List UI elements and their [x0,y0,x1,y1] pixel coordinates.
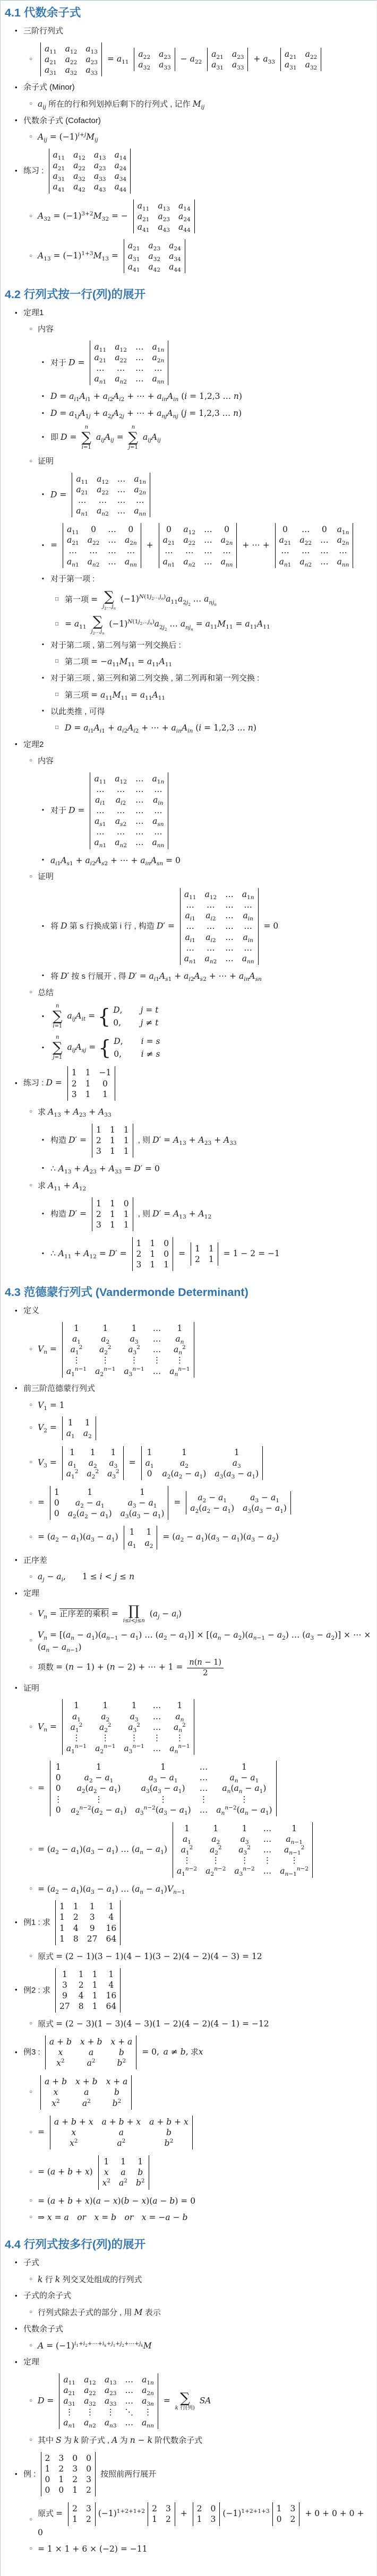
text-run: 行 [42,2275,55,2284]
text-run: 原式 [38,1952,56,1961]
list-item: •例3 : a + bx + bx + axabx2a2b2 = 0, a ≠ … [5,2035,371,2070]
fraction-denominator: 2 [203,1668,208,1678]
line-content: k 行 k 列交叉处组成的行列式 [38,2274,371,2286]
matrix-cell: … [204,535,212,545]
text-run: 定理 [23,1589,39,1598]
list-item: •代数余子式 [5,2323,371,2335]
text-run: 求 [38,1181,48,1190]
bullet-icon: ○ [29,2545,38,2553]
matrix-cell: a11 [67,524,79,535]
matrix-cell: 0 [58,2485,64,2495]
bullet-icon: ▪ [42,1136,50,1145]
bullet-icon: ○ [29,2342,38,2350]
text-run: 第三项 [65,691,91,700]
list-item: •例2 : 求 1111321494116278164 [5,1968,371,2014]
matrix-cell: 1 [110,1125,115,1135]
math-run: D = ai1Ai1 + ai2Ai2 + ⋯ + ainAin (i = 1,… [50,391,242,401]
matrix-cell: 0 [45,2485,50,2495]
matrix-cell: … [320,535,329,545]
math-run: Vn = [(an − a1)(an−1 − a1) … (a2 − a1)] … [38,1630,371,1652]
matrix-cell: an2 [183,556,195,567]
determinant: 111a1a2a30a2(a2 − a1)a3(a3 − a1) [141,1446,263,1480]
matrix-cell: ann [134,506,146,516]
matrix-cell: a12 [183,524,195,535]
determinant: a11a13a14a21a23a24a41a43a44 [133,199,195,233]
matrix-cell: 1 [110,1447,116,1458]
list-item: ○a + bx + bx + axabx2a2b2 [5,2075,371,2110]
matrix-cell: ⋮ [101,1733,110,1743]
text-run: 代数余子式 [23,2325,63,2334]
bullet-icon: ○ [29,1611,38,1618]
matrix-cell: 1 [92,2001,98,2012]
matrix-cell: 3 [72,1089,77,1100]
math-run: D′ = ai1As1 + ai2As2 + ⋯ + ainAsn [128,971,262,981]
matrix-cell: 2 [96,1209,101,1220]
matrix-cell: b2 [165,2138,174,2148]
bullet-icon: ○ [29,2214,38,2222]
matrix-cell: a2n [152,352,164,363]
matrix-cell: b [114,2087,119,2098]
matrix-cell: 8 [73,1934,79,1944]
matrix-cell: … [207,900,215,910]
matrix-cell: 0 [56,1783,61,1794]
matrix-cell: 3 [96,1220,101,1230]
matrix-cell: … [225,900,234,910]
matrix-cell: ⋮ [183,1855,191,1866]
matrix-cell: … [225,932,234,943]
matrix-cell: ⋮ [176,1733,184,1743]
matrix-cell: a2n [221,535,233,545]
matrix-cell: 1 [62,1969,67,1980]
math-run: k [74,2435,79,2445]
matrix-cell: 1 [108,1969,114,1980]
matrix-cell: 3 [136,1259,142,1270]
text-run: 总结 [38,988,54,997]
sigma-icon: ∑ [104,590,114,604]
matrix-cell: … [154,784,162,795]
text-run: 第一项 [65,595,91,604]
line-content: 原式 = (2 − 1)(3 − 1)(4 − 1)(3 − 2)(4 − 2)… [38,1951,371,1963]
matrix-cell: … [153,1743,161,1754]
sum-operator: n∑j=1 [53,1034,63,1061]
list-item: •余子式 (Minor) [5,82,371,93]
matrix-cell: … [320,545,329,556]
matrix-cell: 1 [132,1700,137,1711]
list-item: ▪∴ A13 + A23 + A33 = D′ = 0 [5,1163,371,1175]
matrix-cell: … [185,545,194,556]
cases-grid: D,j = t0,j ≠ t [113,1004,158,1029]
list-item: ○A13 = (−1)1+3M13 = a21a23a24a31a32a34a4… [5,239,371,274]
matrix-cell: … [135,805,144,816]
matrix-cell: a3n−1 [124,1743,144,1754]
determinant: 0…0a1na21a22…a2n…………an1an2…ann [275,523,354,568]
text-run: 阶代数余子式 [152,2436,202,2445]
math-run: S [56,2435,62,2445]
line-content: 子式的余子式 [23,2290,371,2302]
math-run: + a33 [251,54,277,64]
math-run: D′ = A13 + A23 + A33 [152,1135,236,1145]
matrix-cell: an2 [84,2417,96,2428]
text-run: 定义 [23,1306,39,1315]
matrix-cell: 0 [91,524,96,535]
matrix-cell: a21 [63,2385,75,2396]
matrix-cell: … [225,943,234,953]
matrix-cell: … [108,545,116,556]
matrix-cell: … [204,545,212,556]
bullet-icon: • [15,739,23,750]
matrix-cell: 3 [58,2453,64,2464]
matrix-cell: an1 [63,2417,75,2428]
math-run: (aj − ai) [147,1609,182,1618]
matrix-cell: 16 [106,1923,117,1934]
matrix-cell: 1 [130,1527,135,1537]
math-run: Vn = [38,1609,59,1618]
matrix-cell: a1n−2 [177,1866,197,1876]
matrix-cell: x + a [106,2076,128,2087]
matrix-cell: 2 [152,2503,157,2514]
math-run: Vn = [38,1722,59,1731]
matrix-cell: a12 [71,1722,83,1733]
list-item: ▪∴ A11 + A12 = D′ = 110210311 = 1121 = 1… [5,1237,371,1272]
matrix-cell: a14 [178,201,191,211]
matrix-cell: a3n−1 [124,1366,144,1377]
line-content: 第一项 = ∑j2…jn (−1)N(1j2…jn)a11a2j2 … anjn [65,590,371,610]
bullet-icon: • [15,2324,23,2334]
matrix-cell: a2 [101,1711,109,1722]
matrix-cell: a21 [67,535,79,545]
math-run: = [161,2396,173,2406]
text-run: 原式 [38,2509,56,2518]
matrix-cell: 27 [87,1934,98,1944]
matrix-cell: 64 [106,1934,117,1944]
math-run: V2 = [38,1423,59,1432]
bullet-icon: ○ [29,873,38,881]
line-content: = (a + b + x)(a − x)(b − x)(a − b) = 0 [38,2195,371,2207]
matrix-cell: 0 [54,1498,59,1508]
line-content: 对于第一项 : [50,573,371,585]
list-item: •定理 [5,2356,371,2368]
line-content: 对于第三项 , 第三列和第二列交换 , 第二列再和第一列交换 : [50,673,371,684]
matrix-cell: a32 [128,1344,140,1355]
bullet-icon: ○ [29,1424,38,1432]
matrix-cell: a21 [285,49,297,59]
text-run: 子式的余子式 [23,2291,71,2300]
text-run: 证明 [38,872,54,881]
matrix-cell: 0 [147,1468,152,1479]
matrix-cell: a31 [211,59,224,70]
line-content: Vn = 111…1a1a2a3…ana12a22a32…an2⋮⋮⋮⋮⋮a1n… [38,1321,371,1378]
list-item: •定理1 [5,307,371,319]
text-run: 前三阶范德蒙行列式 [23,1384,95,1393]
line-content: = a110…0a21a22…a2n…………an1an2…ann + 0a12…… [50,523,371,569]
matrix-cell: x [104,2167,109,2178]
bullet-icon: ○ [29,1637,38,1645]
matrix-cell: 1 [147,1447,152,1458]
text-run: 第二项 [65,657,91,666]
matrix-cell: 64 [106,2001,117,2012]
list-item: •子式的余子式 [5,2290,371,2302]
math-run: aijAsj = [65,1042,99,1052]
list-item: ○= (a + b + x)(a − x)(b − x)(a − b) = 0 [5,2195,371,2207]
matrix-cell: ai2 [116,795,126,805]
determinant: a11a12…a1n…………ai1ai2…ain…………as1as2…asn……… [90,772,168,849]
bullet-icon: ○ [29,2276,38,2284]
matrix-cell: … [96,363,105,373]
math-run: (−1)1+2+1+2 [98,2509,145,2518]
matrix-cell: 0 [282,524,288,535]
line-content: 第三项 = a11M11 = a11A11 [65,689,371,701]
matrix-cell: a32 [73,171,85,181]
matrix-cell: 2 [72,2503,78,2514]
matrix-cell: a22 [99,1344,112,1355]
list-item: ○= (a2 − a1)(a3 − a1) 11a1a2 = (a2 − a1)… [5,1525,371,1550]
list-item: •练习 : a11a12a13a14a21a22a23a24a31a32a33a… [5,148,371,194]
matrix-cell: 2 [72,1078,77,1089]
list-item: ○其中 S 为 k 阶子式 , A 为 n − k 阶代数余子式 [5,2434,371,2447]
matrix-cell: 4 [79,1990,84,2001]
math-run: − a22 [178,54,204,64]
matrix-cell: 1 [102,1323,108,1334]
matrix-cell: … [117,805,125,816]
matrix-cell: … [117,506,126,516]
matrix-cell: 1 [110,1198,115,1209]
math-run: = 0 [261,921,279,930]
line-content: A32 = (−1)3+2M32 = − a11a13a14a21a23a24a… [38,199,371,234]
matrix-cell: ain [243,932,253,943]
line-content: = a + b + xa + b + xa + b + xxabx2a2b2 [38,2115,371,2150]
section-heading: 4.2 行列式按一行(列)的展开 [5,288,371,302]
case-cell: i ≠ s [141,1048,160,1060]
matrix-cell: an2 [174,1344,186,1355]
bullet-icon: ▪ [42,410,50,418]
matrix-cell: a32 [148,251,160,262]
bullet-icon: □ [55,658,65,666]
list-item: ▪D = a1jA1j + a2jA2j + ⋯ + anjAnj (j = 1… [5,407,371,420]
text-run: 其中 [38,2436,56,2445]
math-run: = [109,1609,121,1618]
bullet-icon: □ [55,691,65,699]
matrix-cell: a3 [233,1458,241,1468]
matrix-cell: a1 [66,1428,75,1439]
matrix-cell: a11 [138,201,150,211]
text-run: 练习 : [23,1079,46,1088]
line-content: 练习 : D = 11−1210311 [23,1066,371,1101]
matrix-cell: 1 [147,1527,152,1537]
matrix-cell: a12 [181,1844,193,1855]
text-run: 对于第二项 , 第二列与第一列交换后 : [50,641,181,650]
determinant: 111211311 [92,1124,133,1158]
matrix-cell: an1 [94,373,106,384]
line-content: 对于 D = a11a12…a1n…………ai1ai2…ain…………as1as… [50,772,371,850]
line-content: Aij = (−1)i+jMij [38,131,371,143]
list-item: ▪将 D′ 按 s 行展开 , 得 D′ = ai1As1 + ai2As2 +… [5,970,371,982]
matrix-cell: a12 [71,1344,83,1355]
matrix-cell: 1 [72,2514,78,2525]
text-run: 求 [188,2048,199,2057]
list-item: •前三阶范德蒙行列式 [5,1383,371,1395]
text-run: 将 [50,972,61,981]
matrix-cell: … [136,495,144,506]
matrix-cell: … [127,545,135,556]
list-item: ○= (a2 − a1)(a3 − a1) … (an − a1)Vn−1 [5,1883,371,1895]
math-run: Vn = [38,1344,59,1354]
section-heading: 4.4 行列式按多行(列)的展开 [5,2238,371,2252]
text-run: 证明 [23,1684,39,1693]
matrix-cell: a21 [279,535,292,545]
fraction: n(n − 1)2 [187,1658,224,1677]
math-run: D = ai1Ai1 + ai2Ai2 + ⋯ + ainAin (i = 1,… [65,723,256,733]
text-run: 例1 : 求 [23,1918,53,1927]
cases-expression: {D,i = s0,i ≠ s [98,1035,160,1060]
matrix-cell: a2 [119,2178,127,2188]
matrix-cell: ⋮ [153,1355,161,1365]
bullet-icon: ○ [29,757,38,765]
matrix-cell: a1n [134,474,146,484]
matrix-cell: a1n [152,773,164,784]
matrix-cell: … [244,943,252,953]
line-content: 定理 [23,2356,371,2368]
math-run: k [38,2275,42,2284]
list-item: ○a11a12a13a21a22a23a31a32a33 = a11 a22a2… [5,42,371,77]
line-content: D = ai1Ai1 + ai2Ai2 + ⋯ + ainAin (i = 1,… [65,722,371,734]
determinant: a21a22a31a32 [280,48,321,71]
matrix-cell: 4 [73,1923,79,1934]
matrix-cell: … [200,1783,208,1794]
matrix-cell: a23 [105,2385,117,2396]
matrix-cell: 1 [90,1901,95,1912]
matrix-cell: … [302,524,310,535]
determinant: a11a12…a1n…………ai1ai2…ain…………ai1ai2…ain……… [180,888,259,965]
matrix-cell: a2n−2(a2 − a1) [71,1805,126,1815]
matrix-cell: 3 [290,2503,296,2514]
matrix-cell: a [119,2127,124,2138]
matrix-cell: 3 [72,2464,78,2474]
bullet-icon: ○ [29,253,38,260]
matrix-cell: 1 [96,1125,101,1135]
text-run: 内容 [38,756,54,765]
matrix-cell: a1n−1 [66,1366,87,1377]
matrix-cell: 1 [70,1447,75,1458]
bullet-icon: ○ [29,1499,38,1507]
matrix-cell: 1 [292,1823,297,1834]
matrix-cell: 2 [166,2514,171,2525]
matrix-cell: a41 [128,262,140,272]
matrix-cell: 1 [102,1700,108,1711]
matrix-cell: … [69,545,78,556]
matrix-cell: a22 [305,49,318,59]
matrix-cell: a2(a2 − a1) [77,1783,121,1794]
matrix-cell: ai2 [205,932,216,943]
math-run: A13 + A23 + A33 [48,1107,112,1117]
matrix-cell: … [263,1844,272,1855]
matrix-cell: a24 [169,240,181,251]
matrix-cell: x [71,2127,76,2138]
matrix-cell: 1 [177,1323,182,1334]
matrix-cell: a1n [337,524,349,535]
matrix-cell: … [222,545,231,556]
matrix-cell: 2 [86,2514,91,2525]
matrix-cell: a2 [101,1334,109,1344]
matrix-cell: a3 − a1 [128,1498,157,1508]
determinant: a22a23a32a33 [134,48,175,71]
list-item: ▪对于第三项 , 第三列和第二列交换 , 第二列再和第一列交换 : [5,673,371,684]
list-item: ▪D = a11a12…a1na21a22…a2n…………an1an2…ann [5,472,371,518]
list-item: ○Aij = (−1)i+jMij [5,131,371,143]
math-run: = [38,1783,47,1792]
text-run: , 则 [136,1209,153,1219]
math-run: D = [50,490,69,499]
line-content: 构造 D′ = 111211311 , 则 D′ = A13 + A23 + A… [50,1123,371,1158]
matrix-cell: 0 [86,2453,91,2464]
line-content: 正序差 [23,1555,371,1567]
line-content: = (a2 − a1)(a3 − a1) 11a1a2 = (a2 − a1)(… [38,1525,371,1550]
bullet-icon: ▪ [42,359,50,367]
matrix-cell: a + b + x [149,2117,188,2127]
determinant: 1111123414916182764 [55,1900,121,1945]
matrix-cell: a23 [159,49,171,59]
bullet-icon: ○ [29,1724,38,1731]
matrix-cell: … [135,363,144,373]
matrix-cell: 1 [85,1078,91,1089]
matrix-cell: an2 [97,506,109,516]
matrix-cell: a21 [128,240,140,251]
math-run: = (a2 − a1)(a3 − a1)(a3 − a2) [160,1532,278,1542]
operator-lower-limit: i=1 [53,1023,62,1030]
line-content: 三阶行列式 [23,25,371,37]
bullet-icon: ○ [29,2309,38,2317]
matrix-cell: 2 [58,2464,64,2474]
line-content: = (a2 − a1)(a3 − a1) … (an − a1) 111…1a1… [38,1822,371,1878]
line-content: V1 = 1 [38,1399,371,1412]
matrix-cell: … [154,363,162,373]
case-cell: j = t [141,1004,159,1016]
line-content: 余子式 (Minor) [23,82,371,93]
determinant: 1110a2 − a1a3 − a10a2(a2 − a1)a3(a3 − a1… [50,1486,169,1520]
matrix-cell: an2 [88,556,100,567]
matrix-cell: 1 [85,1089,91,1100]
matrix-cell: 1 [195,1243,200,1254]
list-item: ○Vn = 111…1a1a2a3…ana12a22a32…an2⋮⋮⋮⋮⋮a1… [5,1321,371,1378]
bullet-icon: • [15,2258,23,2268]
matrix-cell: 2 [195,1254,200,1265]
math-run: = [171,1498,183,1507]
matrix-cell: a3 [130,1711,139,1722]
matrix-cell: a2n [134,484,146,495]
matrix-cell: … [244,921,252,932]
list-item: □= a11 ∑j2…jn (−1)N(1j2…jn)a2j2 … anjn =… [5,615,371,635]
matrix-cell: an1 [279,556,292,567]
matrix-cell: … [117,495,126,506]
matrix-cell: … [225,921,234,932]
matrix-cell: 3 [90,1912,95,1922]
text-run: 构造 [50,1209,68,1219]
determinant: 110211311 [92,1197,133,1231]
matrix-cell: 1 [177,1700,182,1711]
bullet-icon: ○ [29,1459,38,1467]
matrix-cell: 9 [62,1990,67,2001]
line-content: Vn = [(an − a1)(an−1 − a1) … (a2 − a1)] … [38,1629,371,1653]
text-run: 构造 [50,1136,68,1145]
matrix-cell: a31 [53,171,65,181]
matrix-cell: 0 [322,524,327,535]
math-run: (−1)1+2+1+3 [222,2509,269,2518]
matrix-cell: a11 [53,150,65,160]
list-item: ○D = a11a12a13…a1na21a22a23…a2na31a32a33… [5,2373,371,2430]
determinant: 11a1a2 [124,1526,158,1549]
matrix-cell: 1 [56,1762,61,1772]
determinant: 111…1a1a2a3…ana12a22a32…an2⋮⋮⋮⋮⋮a1n−1a2n… [62,1699,194,1755]
line-content: 将 D 第 s 行换成第 i 行 , 构造 D′ = a11a12…a1n………… [50,887,371,965]
